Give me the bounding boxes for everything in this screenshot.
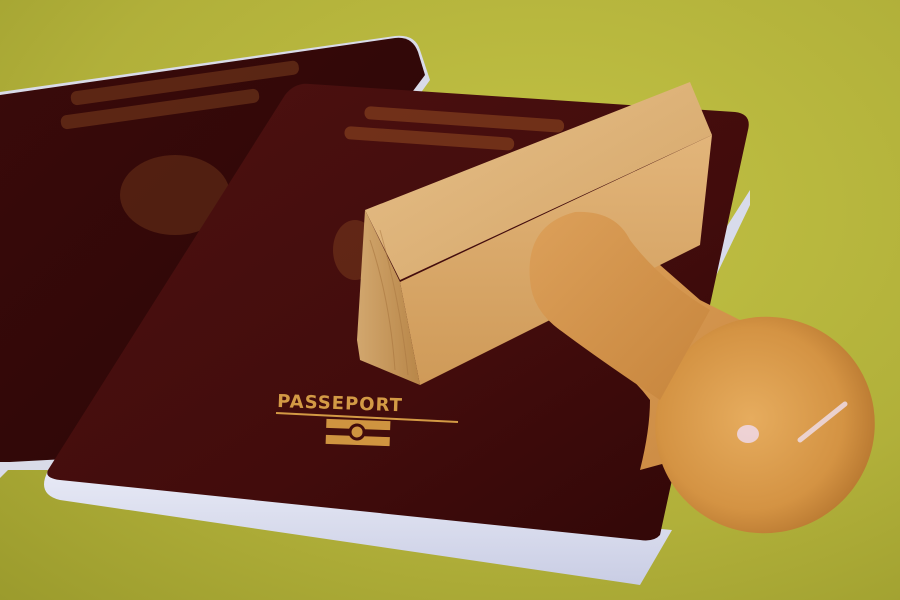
passport-title: PASSEPORT xyxy=(277,391,403,416)
photo-scene: PASSEPORT xyxy=(0,0,900,600)
